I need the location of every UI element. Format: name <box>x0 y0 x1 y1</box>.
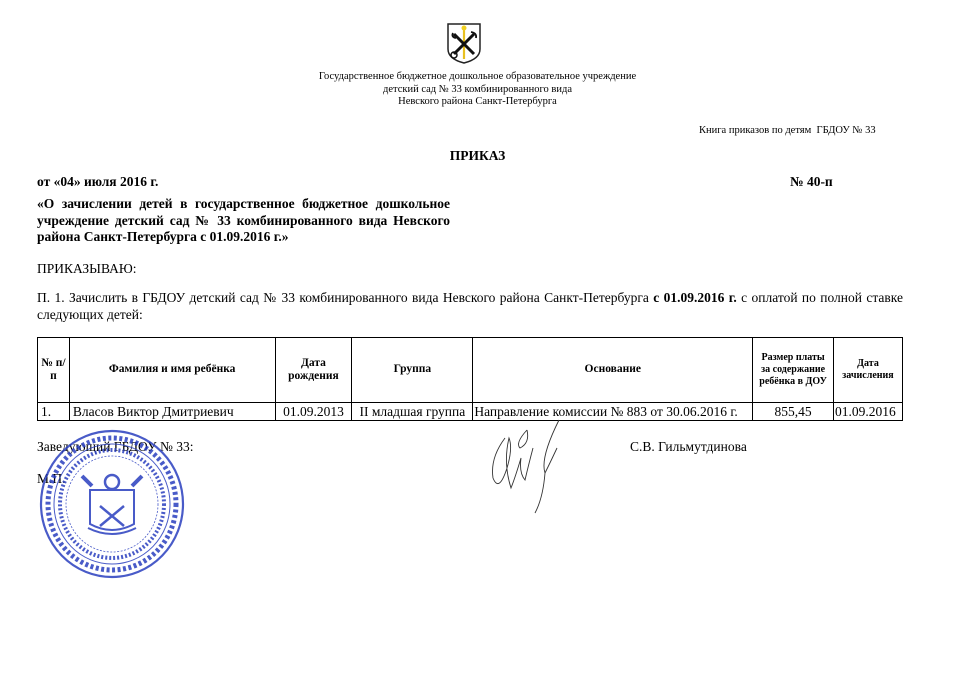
cell-enroll-date: 01.09.2016 <box>834 403 903 421</box>
order-directive: ПРИКАЗЫВАЮ: <box>37 261 137 277</box>
table-row: 1. Власов Виктор Дмитриевич 01.09.2013 I… <box>38 403 903 421</box>
order-subject: «О зачислении детей в государственное бю… <box>37 196 450 246</box>
cell-name: Власов Виктор Дмитриевич <box>69 403 275 421</box>
col-number: № п/п <box>38 338 70 403</box>
cell-group: II младшая группа <box>352 403 473 421</box>
org-line-3: Невского района Санкт-Петербурга <box>0 96 955 109</box>
order-number: № 40-п <box>790 174 833 190</box>
col-enroll-date: Дата зачисления <box>834 338 903 403</box>
col-birth-date: Дата рождения <box>275 338 352 403</box>
table-header-row: № п/п Фамилия и имя ребёнка Дата рождени… <box>38 338 903 403</box>
coat-of-arms-icon <box>444 21 484 65</box>
signature-icon <box>485 418 585 518</box>
org-line-2: детский сад № 33 комбинированного вида <box>0 84 955 97</box>
book-label: Книга приказов по детям ГБДОУ № 33 <box>699 125 876 136</box>
order-title: ПРИКАЗ <box>0 148 955 164</box>
cell-number: 1. <box>38 403 70 421</box>
official-stamp-icon <box>38 428 186 580</box>
cell-birth-date: 01.09.2013 <box>275 403 352 421</box>
col-basis: Основание <box>473 338 753 403</box>
col-name: Фамилия и имя ребёнка <box>69 338 275 403</box>
children-table: № п/п Фамилия и имя ребёнка Дата рождени… <box>37 337 903 421</box>
cell-fee: 855,45 <box>753 403 834 421</box>
signer-name: С.В. Гильмутдинова <box>630 439 747 455</box>
col-fee: Размер платы за содержание ребёнка в ДОУ <box>753 338 834 403</box>
paragraph-prefix: П. 1. Зачислить в ГБДОУ детский сад № 33… <box>37 290 653 305</box>
order-paragraph: П. 1. Зачислить в ГБДОУ детский сад № 33… <box>37 290 903 323</box>
org-line-1: Государственное бюджетное дошкольное обр… <box>0 71 955 84</box>
order-date: от «04» июля 2016 г. <box>37 174 158 190</box>
organization-name: Государственное бюджетное дошкольное обр… <box>0 71 955 109</box>
col-group: Группа <box>352 338 473 403</box>
paragraph-date: с 01.09.2016 г. <box>653 290 736 305</box>
